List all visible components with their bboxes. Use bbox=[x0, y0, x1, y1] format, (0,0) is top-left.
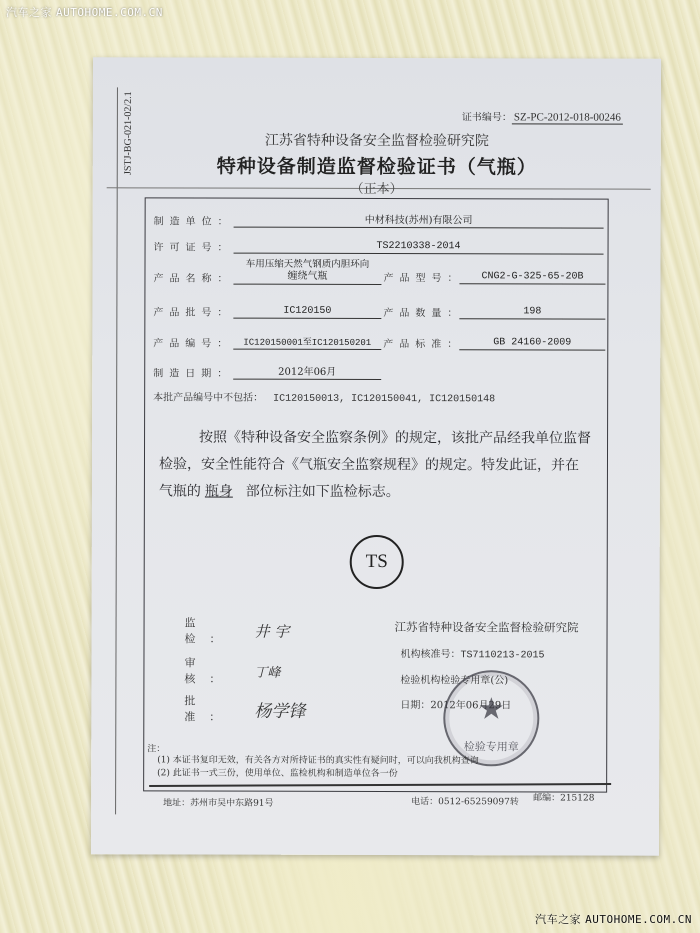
field-value: 中材科技(苏州)有限公司 bbox=[234, 211, 604, 229]
statement-line-3: 气瓶的瓶身 部位标注如下监检标志。 bbox=[159, 478, 591, 506]
approval-number: 机构核准号：TS7110213-2015 bbox=[400, 645, 578, 661]
watermark-top: 汽车之家 AUTOHOME.COM.CN bbox=[6, 4, 163, 20]
statement-line-3-prefix: 气瓶的 bbox=[159, 483, 201, 499]
signature-reviewer: 审 核： 丁峰 bbox=[184, 654, 280, 686]
field-value: 车用压缩天然气钢质内胆环向 缠绕气瓶 bbox=[233, 259, 381, 285]
field-value: CNG2-G-325-65-20B bbox=[459, 271, 605, 284]
watermark-url: AUTOHOME.COM.CN bbox=[585, 913, 692, 926]
approval-number-value: TS7110213-2015 bbox=[460, 650, 544, 661]
signature-inspector: 监 检： 井 宇 bbox=[185, 614, 290, 646]
field-standard: 产品标准： GB 24160-2009 bbox=[383, 335, 605, 351]
certificate-number-value: SZ-PC-2012-018-00246 bbox=[512, 111, 623, 124]
notes: 注： (1) 本证书复印无效，有关各方对所持证书的真实性有疑问时，可以向我机构查… bbox=[147, 741, 479, 781]
field-label: 制造日期： bbox=[153, 364, 233, 379]
certificate-paper: JSTJ-BG-021-02/2.1 证书编号：SZ-PC-2012-018-0… bbox=[91, 57, 661, 855]
certificate-frame: 制造单位： 中材科技(苏州)有限公司 许可证号： TS2210338-2014 … bbox=[143, 197, 609, 792]
field-quantity: 产品数量： 198 bbox=[383, 304, 605, 320]
statement-line-1: 按照《特种设备安全监察条例》的规定，该批产品经我单位监督 bbox=[159, 424, 591, 452]
watermark-brand: 汽车之家 bbox=[535, 913, 581, 926]
ts-mark-text: TS bbox=[366, 551, 388, 573]
field-license-no: 许可证号： TS2210338-2014 bbox=[154, 238, 604, 254]
original-copy-label: （正本） bbox=[93, 177, 661, 197]
note-item: (2) 此证书一式三份，使用单位、监检机构和制造单位各一份 bbox=[157, 767, 479, 781]
field-label: 许可证号： bbox=[154, 238, 234, 253]
field-manufacturer: 制造单位： 中材科技(苏州)有限公司 bbox=[154, 210, 604, 228]
watermark-url: AUTOHOME.COM.CN bbox=[56, 6, 163, 19]
notes-title: 注： bbox=[147, 741, 479, 755]
issue-date-label: 日期： bbox=[400, 700, 430, 711]
excluded-serials-value: IC120150013, IC120150041, IC120150148 bbox=[273, 394, 495, 406]
field-label: 产品编号： bbox=[153, 334, 233, 349]
field-label: 产品数量： bbox=[383, 304, 459, 319]
footer-phone: 电话：0512-65259097转 bbox=[411, 794, 519, 807]
watermark-bottom: 汽车之家 AUTOHOME.COM.CN bbox=[535, 911, 692, 927]
excluded-serials: 本批产品编号中不包括：IC120150013, IC120150041, IC1… bbox=[153, 388, 495, 405]
field-serial-range: 产品编号： IC120150001至IC120150201 bbox=[153, 334, 381, 350]
ts-inspection-mark: TS bbox=[350, 535, 404, 589]
signature-label: 监 检： bbox=[185, 614, 249, 646]
field-product-name: 产品名称： 车用压缩天然气钢质内胆环向 缠绕气瓶 bbox=[153, 258, 381, 285]
binding-margin-line bbox=[115, 87, 118, 814]
star-icon: ★ bbox=[478, 692, 505, 727]
document-title: 特种设备制造监督检验证书（气瓶） bbox=[93, 151, 661, 179]
field-batch-no: 产品批号： IC120150 bbox=[153, 303, 381, 319]
field-value: IC120150001至IC120150201 bbox=[233, 335, 381, 350]
field-label: 产品型号： bbox=[383, 269, 459, 284]
excluded-serials-label: 本批产品编号中不包括： bbox=[153, 392, 263, 403]
statement-line-3-suffix: 部位标注如下监检标志。 bbox=[246, 484, 400, 500]
certification-statement: 按照《特种设备安全监察条例》的规定，该批产品经我单位监督 检验，安全性能符合《气… bbox=[159, 424, 591, 506]
product-name-line1: 车用压缩天然气钢质内胆环向 bbox=[233, 259, 381, 271]
product-name-line2: 缠绕气瓶 bbox=[233, 271, 381, 283]
handwritten-signature: 井 宇 bbox=[255, 620, 290, 641]
mark-location: 瓶身 bbox=[201, 484, 237, 500]
signature-label: 审 核： bbox=[184, 654, 248, 686]
field-manufacture-date: 制造日期： 2012年06月 bbox=[153, 362, 381, 380]
handwritten-signature: 杨学锋 bbox=[254, 696, 305, 721]
certificate-number-label: 证书编号： bbox=[462, 112, 512, 123]
field-product-model: 产品型号： CNG2-G-325-65-20B bbox=[383, 269, 605, 285]
footer-postcode: 邮编：215128 bbox=[533, 790, 594, 803]
field-label: 产品名称： bbox=[153, 269, 233, 284]
field-value: TS2210338-2014 bbox=[234, 241, 604, 255]
field-label: 产品批号： bbox=[153, 303, 233, 318]
field-label: 产品标准： bbox=[383, 335, 459, 350]
field-label: 制造单位： bbox=[154, 212, 234, 227]
field-value: GB 24160-2009 bbox=[459, 337, 605, 350]
issuer-name: 江苏省特种设备安全监督检验研究院 bbox=[395, 619, 579, 635]
certificate-number: 证书编号：SZ-PC-2012-018-00246 bbox=[462, 108, 623, 123]
organization-title: 江苏省特种设备安全监督检验研究院 bbox=[93, 129, 661, 150]
field-value: IC120150 bbox=[233, 306, 381, 319]
handwritten-signature: 丁峰 bbox=[254, 661, 280, 680]
field-value: 2012年06月 bbox=[233, 363, 381, 380]
statement-line-2: 检验，安全性能符合《气瓶安全监察规程》的规定。特发此证，并在 bbox=[159, 451, 591, 479]
approval-number-label: 机构核准号： bbox=[400, 649, 460, 660]
field-value: 198 bbox=[459, 306, 605, 319]
signature-approver: 批 准： 杨学锋 bbox=[184, 692, 305, 724]
watermark-brand: 汽车之家 bbox=[6, 6, 52, 19]
note-item: (1) 本证书复印无效，有关各方对所持证书的真实性有疑问时，可以向我机构查询 bbox=[157, 754, 479, 768]
signature-label: 批 准： bbox=[184, 692, 248, 724]
footer-address: 地址：苏州市吴中东路91号 bbox=[163, 795, 273, 808]
